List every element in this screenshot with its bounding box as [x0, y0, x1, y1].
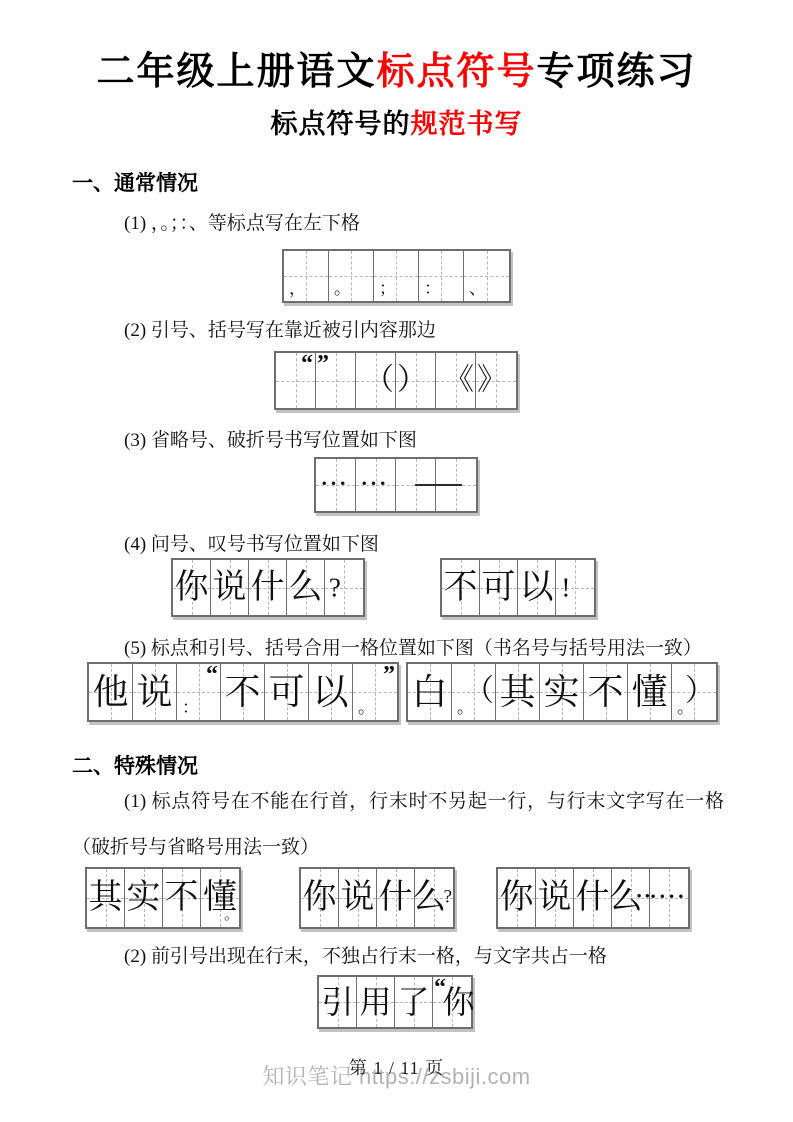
- grid-character: 你: [443, 986, 475, 1018]
- punctuation-mark: ，: [289, 280, 306, 297]
- tianzige-grid-lineend-question: 你说什么?: [299, 867, 455, 929]
- worksheet-page: 二年级上册语文标点符号专项练习 标点符号的规范书写 一、通常情况 (1) ，。；…: [0, 0, 793, 1122]
- grid-cell: 。: [329, 251, 374, 301]
- punctuation-mark: （: [364, 365, 394, 395]
- grid-cell: 说: [339, 869, 377, 927]
- grid-cell: [396, 459, 436, 511]
- punctuation-mark: 、: [469, 280, 486, 297]
- grid-cell: 你“: [433, 977, 471, 1027]
- grid-character: 什: [576, 881, 610, 915]
- grid-cell: 白: [408, 664, 452, 720]
- grid-cell: “: [276, 353, 316, 408]
- punctuation-mark: 。: [334, 280, 351, 297]
- grid-cell: 以: [309, 664, 353, 720]
- title-pre: 二年级上册语文: [96, 51, 376, 93]
- grid-character: 用: [359, 986, 391, 1018]
- grid-cell: 你: [301, 869, 339, 927]
- grid-character: 说: [136, 674, 172, 710]
- grid-cell: 么: [287, 560, 325, 615]
- tianzige-grid-basic-punct: ，。；：、: [282, 249, 511, 303]
- grid-cell: 。）: [672, 664, 716, 720]
- grid-cell: （: [356, 353, 396, 408]
- punctuation-mark: 》: [477, 365, 507, 395]
- punctuation-mark: ••••: [650, 891, 687, 906]
- punctuation-mark: “: [434, 976, 446, 1000]
- grid-cell: 不: [442, 560, 480, 615]
- grid-cell: 用: [357, 977, 395, 1027]
- grid-cell: 、: [464, 251, 509, 301]
- grid-character: 不: [165, 881, 199, 915]
- grid-cell: 以: [518, 560, 556, 615]
- grid-character: 实: [127, 881, 161, 915]
- usual-item-1: (1) ，。；：、等标点写在左下格: [124, 208, 360, 235]
- punctuation-mark: •••: [362, 478, 390, 493]
- grid-cell: 。（: [452, 664, 496, 720]
- grid-character: 引: [321, 986, 353, 1018]
- punctuation-mark: !: [561, 574, 570, 601]
- subtitle-pre: 标点符号的: [271, 109, 411, 139]
- grid-cell: ；: [374, 251, 419, 301]
- dash-stroke: [415, 484, 436, 486]
- grid-character: 可: [268, 674, 304, 710]
- tianzige-grid-lineend-period: 其实不懂。: [85, 867, 241, 929]
- special-item-1: (1) 标点符号在不能在行首，行末时不另起一行，与行末文字写在一格（破折号与省略…: [72, 779, 724, 871]
- grid-cell: 实: [540, 664, 584, 720]
- grid-cell: 你: [173, 560, 211, 615]
- grid-character: 你: [500, 881, 534, 915]
- grid-character: 什: [379, 881, 413, 915]
- grid-character: 不: [587, 674, 623, 710]
- grid-cell: 引: [319, 977, 357, 1027]
- grid-cell: 实: [125, 869, 163, 927]
- usual-item-4: (4) 问号、叹号书写位置如下图: [124, 529, 379, 556]
- grid-character: 以: [520, 571, 554, 605]
- punctuation-mark: ：: [182, 699, 199, 716]
- grid-character: 说: [538, 881, 572, 915]
- grid-cell: 可: [480, 560, 518, 615]
- grid-cell: 说: [536, 869, 574, 927]
- grid-character: 不: [224, 674, 260, 710]
- tianzige-grid-quotes-brackets: “”（）《》: [274, 351, 518, 410]
- grid-cell: 。”: [353, 664, 397, 720]
- grid-cell: •••: [316, 459, 356, 511]
- punctuation-mark: “: [206, 663, 218, 687]
- grid-cell: 懂。: [201, 869, 239, 927]
- grid-cell: 你: [498, 869, 536, 927]
- usual-item-5: (5) 标点和引号、括号合用一格位置如下图（书名号与括号用法一致）: [124, 633, 702, 660]
- grid-character: 实: [543, 674, 579, 710]
- subtitle-highlight: 规范书写: [411, 109, 523, 139]
- punctuation-mark: ）: [685, 676, 715, 706]
- section-usual-heading: 一、通常情况: [72, 167, 198, 197]
- punctuation-mark: （: [464, 676, 494, 706]
- grid-cell: 其: [87, 869, 125, 927]
- grid-character: 其: [89, 881, 123, 915]
- grid-cell: •••: [356, 459, 396, 511]
- grid-cell: ?: [325, 560, 363, 615]
- tianzige-grid-question: 你说什么?: [171, 558, 365, 617]
- grid-cell: 什: [377, 869, 415, 927]
- dash-stroke: [435, 484, 462, 486]
- punctuation-mark: ”: [317, 352, 329, 376]
- page-number: 第 1 / 11 页: [0, 1054, 793, 1080]
- punctuation-mark: 《: [444, 365, 474, 395]
- tianzige-grid-leading-quote: 引用了你“: [317, 975, 473, 1029]
- grid-character: 说: [213, 571, 247, 605]
- grid-cell: ”: [316, 353, 356, 408]
- grid-cell: ）: [396, 353, 436, 408]
- tianzige-grid-lineend-ellipsis: 你说什么••••••: [496, 867, 690, 929]
- grid-character: 你: [175, 571, 209, 605]
- grid-cell: 》: [476, 353, 516, 408]
- grid-cell: 什: [249, 560, 287, 615]
- punctuation-mark: ?: [329, 574, 341, 601]
- grid-character: 其: [499, 674, 535, 710]
- grid-cell: 不: [221, 664, 265, 720]
- grid-cell: 么••: [612, 869, 650, 927]
- usual-item-2: (2) 引号、括号写在靠近被引内容那边: [124, 315, 436, 342]
- grid-cell: 懂: [628, 664, 672, 720]
- punctuation-mark: ：: [424, 280, 441, 297]
- grid-character: 什: [251, 571, 285, 605]
- grid-cell: 其: [496, 664, 540, 720]
- grid-character: 说: [341, 881, 375, 915]
- grid-cell: 了: [395, 977, 433, 1027]
- grid-character: 你: [303, 881, 337, 915]
- grid-cell: ：: [419, 251, 464, 301]
- page-subtitle: 标点符号的规范书写: [0, 102, 793, 141]
- punctuation-mark: ?: [444, 887, 452, 906]
- grid-cell: !: [556, 560, 594, 615]
- grid-cell: 不: [163, 869, 201, 927]
- grid-cell: 不: [584, 664, 628, 720]
- punctuation-mark: •••: [322, 478, 350, 493]
- grid-cell: [436, 459, 476, 511]
- grid-character: 懂: [631, 674, 667, 710]
- grid-character: 可: [482, 571, 516, 605]
- tianzige-grid-colon-quote: 他说：“不可以。”: [87, 662, 399, 722]
- grid-cell: ：“: [177, 664, 221, 720]
- page-title: 二年级上册语文标点符号专项练习: [0, 40, 793, 95]
- title-highlight: 标点符号: [376, 51, 536, 93]
- title-post: 专项练习: [537, 51, 697, 93]
- punctuation-mark: ”: [383, 663, 395, 687]
- grid-cell: 他: [89, 664, 133, 720]
- punctuation-mark: ）: [397, 365, 427, 395]
- grid-cell: 么?: [415, 869, 453, 927]
- punctuation-mark: 。: [358, 699, 375, 716]
- grid-cell: 说: [211, 560, 249, 615]
- grid-cell: 什: [574, 869, 612, 927]
- tianzige-grid-period-paren: 白。（其实不懂。）: [406, 662, 718, 722]
- grid-cell: 可: [265, 664, 309, 720]
- grid-cell: 《: [436, 353, 476, 408]
- punctuation-mark: ；: [379, 280, 396, 297]
- grid-cell: 说: [133, 664, 177, 720]
- grid-cell: ，: [284, 251, 329, 301]
- section-special-heading: 二、特殊情况: [72, 750, 198, 780]
- punctuation-mark: “: [301, 352, 313, 376]
- grid-character: 么: [412, 881, 446, 915]
- grid-character: 么: [289, 571, 323, 605]
- tianzige-grid-exclaim: 不可以!: [440, 558, 596, 617]
- punctuation-mark: 。: [224, 908, 239, 923]
- grid-character: 了: [397, 986, 429, 1018]
- usual-item-3: (3) 省略号、破折号书写位置如下图: [124, 425, 417, 452]
- grid-character: 以: [312, 674, 348, 710]
- grid-cell: ••••: [650, 869, 688, 927]
- grid-character: 白: [411, 674, 447, 710]
- tianzige-grid-ellipsis-dash: ••••••: [314, 457, 478, 513]
- grid-character: 不: [444, 571, 478, 605]
- special-item-2: (2) 前引号出现在行末，不独占行末一格，与文字共占一格: [124, 941, 607, 968]
- grid-character: 他: [92, 674, 128, 710]
